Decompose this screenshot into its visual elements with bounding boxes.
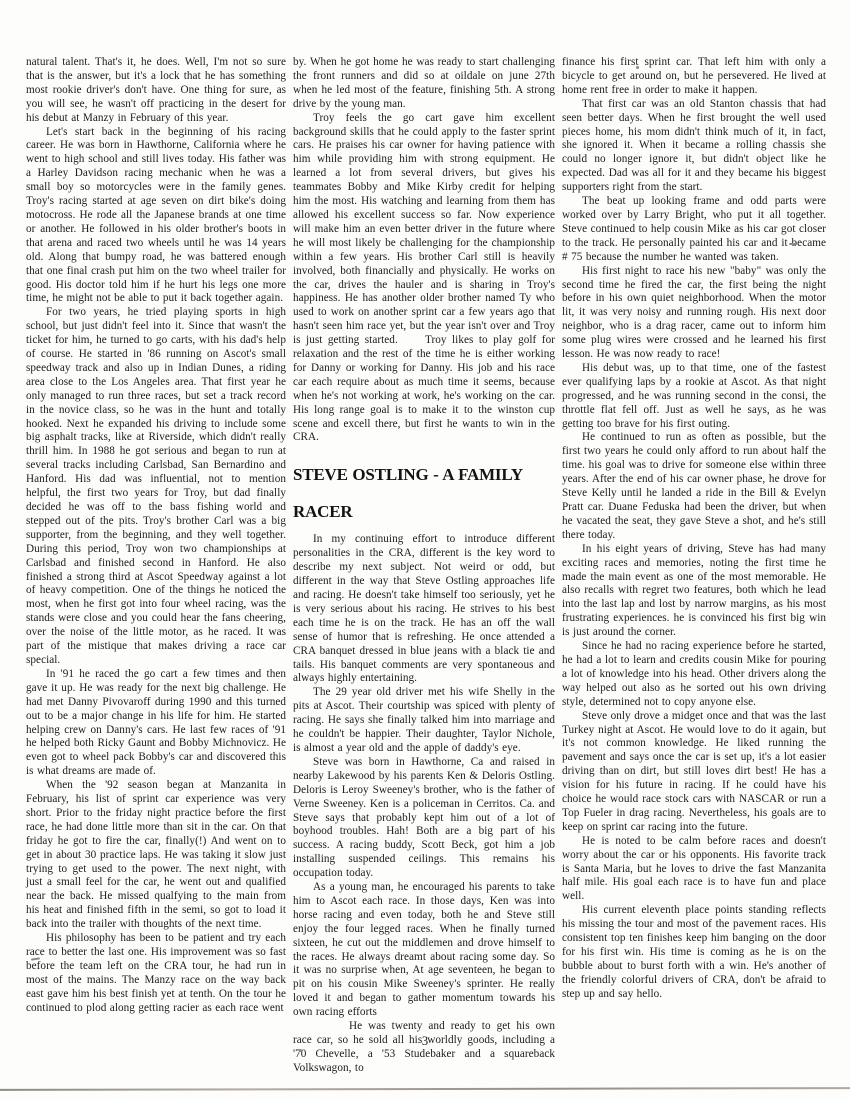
page-number: 3	[0, 1034, 850, 1049]
paragraph: finance his first sprint car. That left …	[562, 56, 826, 98]
paragraph: His first night to race his new "baby" w…	[562, 265, 826, 362]
paragraph: by. When he got home he was ready to sta…	[293, 56, 555, 112]
paragraph: When the '92 season began at Manzanita i…	[26, 779, 286, 932]
paragraph: As a young man, he encouraged his parent…	[293, 881, 555, 1020]
paragraph: Let's start back in the beginning of his…	[26, 126, 286, 307]
scan-speck	[789, 243, 796, 245]
scanned-newsletter-page: natural talent. That's it, he does. Well…	[0, 0, 850, 1100]
paragraph: The beat up looking frame and odd parts …	[562, 195, 826, 265]
paragraph: In '91 he raced the go cart a few times …	[26, 668, 286, 779]
paragraph: Since he had no racing experience before…	[562, 640, 826, 710]
column-left: natural talent. That's it, he does. Well…	[26, 56, 286, 1076]
scan-bottom-edge-artifact	[0, 1087, 850, 1091]
paragraph: Steve only drove a midget once and that …	[562, 710, 826, 835]
paragraph: That first car was an old Stanton chassi…	[562, 98, 826, 195]
column-right: finance his first sprint car. That left …	[562, 56, 826, 1076]
paragraph: For two years, he tried playing sports i…	[26, 306, 286, 668]
middle-bottom-paragraphs: In my continuing effort to introduce dif…	[293, 533, 555, 1075]
paragraph: His debut was, up to that time, one of t…	[562, 362, 826, 432]
paragraph: In his eight years of driving, Steve has…	[562, 543, 826, 640]
paragraph: natural talent. That's it, he does. Well…	[26, 56, 286, 126]
scan-speck	[636, 66, 639, 69]
paragraph: The 29 year old driver met his wife Shel…	[293, 686, 555, 756]
article-headline-line1: STEVE OSTLING - A FAMILY	[293, 463, 555, 487]
paragraph: His current eleventh place points standi…	[562, 904, 826, 1001]
article-headline-line2: RACER	[293, 500, 555, 524]
scan-speck	[299, 1049, 302, 1052]
paragraph: He continued to run as often as possible…	[562, 431, 826, 542]
paragraph: His philosophy has been to be patient an…	[26, 932, 286, 1015]
paragraph: Troy feels the go cart gave him excellen…	[293, 112, 555, 446]
middle-top-paragraphs: by. When he got home he was ready to sta…	[293, 56, 555, 445]
column-middle: by. When he got home he was ready to sta…	[293, 56, 555, 1076]
three-column-layout: natural talent. That's it, he does. Well…	[26, 56, 826, 1076]
paragraph: In my continuing effort to introduce dif…	[293, 533, 555, 686]
paragraph: He is noted to be calm before races and …	[562, 835, 826, 905]
paragraph: Steve was born in Hawthorne, Ca and rais…	[293, 756, 555, 881]
